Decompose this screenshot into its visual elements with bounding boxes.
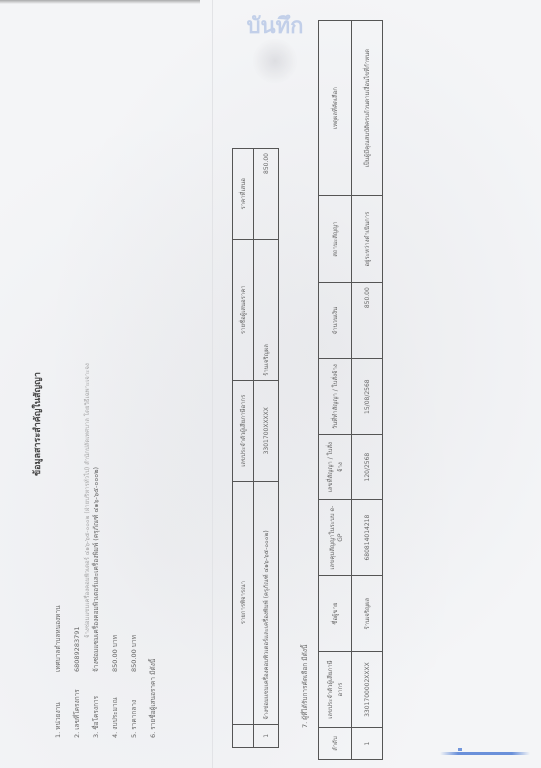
info-label: 1. หน่วยงาน xyxy=(53,672,63,738)
info-label: 6. รายชื่อผู้เสนอราคา มีดังนี้ xyxy=(148,659,158,738)
col-header: รายการพิจารณา xyxy=(233,481,254,724)
info-label: 2. เลขที่โครงการ xyxy=(72,672,82,738)
info-label: 4. งบประมาณ xyxy=(110,672,120,738)
info-value: จ้างซ่อมแซมเครื่องคอมพิวเตอร์และเครื่องพ… xyxy=(91,467,101,672)
cell-status: อยู่ระหว่างดำเนินการ xyxy=(352,196,383,283)
info-value: 68089283791 xyxy=(73,627,81,673)
col-header: สถานะสัญญา xyxy=(319,196,352,283)
col-header: รายชื่อผู้เสนอราคา xyxy=(233,239,254,380)
rotated-page: ข้อมูลสาระสำคัญในสัญญา 1. หน่วยงาน เทศบา… xyxy=(0,0,541,768)
info-row-median-price: 5. ราคากลาง 850.00 บาท xyxy=(124,467,143,738)
info-row-agency: 1. หน่วยงาน เทศบาลตำบลหนองหาน xyxy=(48,467,67,738)
col-header: เหตุผลที่คัดเลือก xyxy=(319,21,352,196)
cell-vendor: ร้านเจริญผล xyxy=(352,576,383,652)
col-header xyxy=(233,724,254,747)
cell-contract-no: 120/2568 xyxy=(352,435,383,500)
info-value: 850.00 บาท xyxy=(110,635,120,672)
col-header: ลำดับ xyxy=(319,728,352,760)
info-row-bidders: 6. รายชื่อผู้เสนอราคา มีดังนี้ xyxy=(143,467,162,738)
cell-reason: เป็นผู้มีคุณสมบัติครบถ้วนตามเงื่อนไขที่ก… xyxy=(352,21,383,196)
info-value: เทศบาลตำบลหนองหาน xyxy=(53,605,63,672)
table-row: 1 จ้างซ่อมแซมเครื่องคอมพิวเตอร์และเครื่อ… xyxy=(254,149,279,748)
info-label: 3. ชื่อโครงการ xyxy=(91,672,101,738)
info-list: 1. หน่วยงาน เทศบาลตำบลหนองหาน 2. เลขที่โ… xyxy=(48,467,162,738)
table-header-row: รายการพิจารณา เลขประจำตัวผู้เสียภาษีอากร… xyxy=(233,149,254,748)
col-header: ชื่อผู้ขาย xyxy=(319,576,352,652)
cell-item: จ้างซ่อมแซมเครื่องคอมพิวเตอร์และเครื่องพ… xyxy=(254,481,279,724)
cell-contract-date: 15/08/2568 xyxy=(352,359,383,435)
page-title: ข้อมูลสาระสำคัญในสัญญา xyxy=(30,372,44,476)
col-header: เลขที่สัญญา / ใบสั่งจ้าง xyxy=(319,435,352,500)
col-header: เลขคุมสัญญาในระบบ e-GP xyxy=(319,500,352,576)
cell-tax-id: 3301700002XXXX xyxy=(352,652,383,728)
table-header-row: ลำดับ เลขประจำตัวผู้เสียภาษีอากร ชื่อผู้… xyxy=(319,21,352,760)
info-row-budget: 4. งบประมาณ 850.00 บาท xyxy=(105,467,124,738)
signature xyxy=(440,752,530,755)
bidders-table: รายการพิจารณา เลขประจำตัวผู้เสียภาษีอากร… xyxy=(232,148,279,748)
signature-mark xyxy=(458,748,462,751)
show-through-text: จ้างซ่อมแซมเครื่องคอมพิวเตอร์ ๔๑๖-๖๕-๐๐๐… xyxy=(82,363,92,638)
cell-price: 850.00 xyxy=(254,149,279,240)
col-header: จำนวนเงิน xyxy=(319,283,352,359)
cell-index: 1 xyxy=(352,728,383,760)
winners-table: ลำดับ เลขประจำตัวผู้เสียภาษีอากร ชื่อผู้… xyxy=(318,20,383,760)
winners-caption: 7. ผู้ที่ได้รับการคัดเลือก มีดังนี้ xyxy=(300,645,310,728)
table-row: 1 3301700002XXXX ร้านเจริญผล 68081401421… xyxy=(352,21,383,760)
cell-bidder: ร้านเจริญผล xyxy=(254,239,279,380)
cell-egp-no: 680814014218 xyxy=(352,500,383,576)
col-header: วันที่ทำสัญญา / ใบสั่งจ้าง xyxy=(319,359,352,435)
col-header: เลขประจำตัวผู้เสียภาษีอากร xyxy=(319,652,352,728)
cell-amount: 850.00 xyxy=(352,283,383,359)
info-label: 5. ราคากลาง xyxy=(129,672,139,738)
cell-tax-id: 3301700XXXXX xyxy=(254,380,279,481)
info-value: 850.00 บาท xyxy=(129,635,139,672)
cell-index: 1 xyxy=(254,724,279,747)
col-header: ราคาที่เสนอ xyxy=(233,149,254,240)
col-header: เลขประจำตัวผู้เสียภาษีอากร xyxy=(233,380,254,481)
